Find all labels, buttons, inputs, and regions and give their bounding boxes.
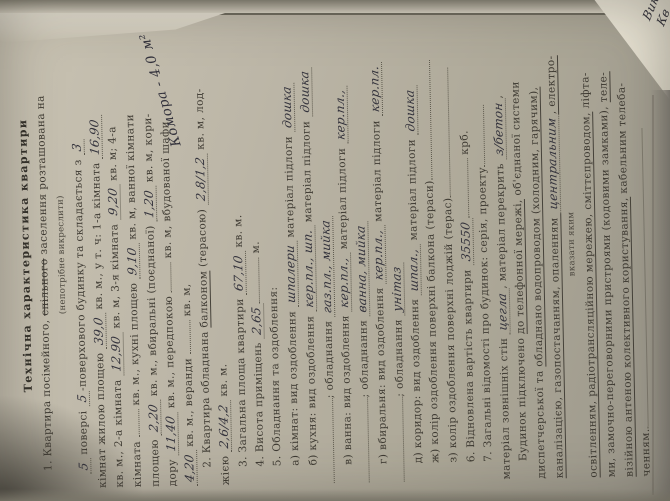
printed-text: д) коридор: вид оздоблення <box>409 295 425 464</box>
printed-text: площею <box>148 435 161 486</box>
handwritten-value: 67,10 <box>230 254 248 292</box>
dotted-blank <box>421 60 432 180</box>
handwritten-value: шпал., <box>405 247 424 292</box>
handwritten-value: кер.пл., <box>370 228 389 281</box>
printed-text-underlined: теле- <box>597 72 611 103</box>
dotted-blank <box>475 105 485 167</box>
handwritten-value: кер.пл., <box>332 89 351 142</box>
handwritten-value: 5 <box>74 394 92 404</box>
printed-text: кв. м., веранди <box>182 354 196 451</box>
printed-text: кімната <box>131 437 144 487</box>
handwritten-value: унітаз <box>388 265 407 312</box>
handwritten-value: кер.пл., <box>335 256 354 309</box>
dotted-blank <box>394 397 405 482</box>
printed-text: м. <box>250 241 262 257</box>
handwritten-value: шпалери <box>282 244 301 304</box>
printed-text: кв. м, ванної кімнати <box>124 114 139 244</box>
printed-text-underlined: балконом <box>198 271 212 328</box>
printed-text: 3. Загальна площа квартири <box>233 295 249 468</box>
handwritten-value: 16,90 <box>86 118 104 156</box>
handwritten-value: 12,90 <box>108 335 126 373</box>
handwritten-value: 9,10 <box>124 246 142 276</box>
handwritten-value: 2,65 <box>248 306 266 336</box>
dotted-blank <box>181 320 191 354</box>
printed-text: ліфта- <box>580 72 593 112</box>
printed-text: 2. Квартира обладнана <box>199 327 214 467</box>
printed-text: кв. м. <box>232 214 245 251</box>
handwritten-value: кер.пл., шп. <box>299 229 318 309</box>
printed-text: 7. Загальні відомості про будинок: серія… <box>476 167 494 462</box>
handwritten-value: 5 <box>75 461 93 471</box>
printed-text: Будинок підключено <box>515 334 530 461</box>
printed-text: матеріал підлоги <box>336 144 350 253</box>
printed-text: ; обладнання <box>322 317 336 399</box>
printed-text: крб. <box>459 130 472 159</box>
printed-text: кв. м., кухні площею <box>127 279 142 410</box>
printed-text: кімнат жилою площею <box>94 349 109 488</box>
printed-text-struck: спільного <box>38 258 51 316</box>
handwritten-value: 35550 <box>458 221 476 263</box>
handwritten-value: з/бетон <box>490 101 509 156</box>
handwritten-value: 2,6/4,2 <box>215 403 234 449</box>
printed-text: , <box>493 95 505 99</box>
handwritten-value: дошка <box>402 88 421 132</box>
printed-text: заселення розташована на <box>35 95 50 258</box>
form-content: Технічна характеристика квартири 1. Квар… <box>1 6 657 499</box>
printed-text: б) кухня: вид оздоблення <box>304 312 319 466</box>
handwritten-value: 3 <box>69 143 87 153</box>
printed-text: 6. Відновлена вартість квартири <box>462 266 478 463</box>
printed-text: матеріал підлоги <box>283 132 297 241</box>
printed-text: кв. м., вбиральні (поєднаної) <box>144 221 160 400</box>
handwritten-value: дошка <box>296 70 315 114</box>
printed-text: кв. м., 2-а кімната <box>112 376 126 488</box>
handwritten-value: 9,20 <box>105 187 123 217</box>
dotted-blank <box>439 68 451 198</box>
printed-text: об'єднаної системи <box>509 81 523 199</box>
handwritten-value: дошка <box>279 86 298 130</box>
printed-text-underlined: , електро- <box>545 55 559 114</box>
handwritten-value: 39,0 <box>90 316 108 346</box>
handwritten-value: газ.пл., мийка <box>317 219 337 314</box>
printed-text: кв. м, <box>180 283 193 320</box>
dotted-blank <box>162 262 172 292</box>
dotted-blank <box>324 398 335 483</box>
dotted-blank <box>459 158 469 218</box>
printed-text: кв. м. <box>217 363 230 400</box>
printed-text: з) колір оздоблення поверхні лоджій (тер… <box>442 197 460 462</box>
printed-text: кв. м, кори- <box>142 113 156 186</box>
document-photo: Вик Кв Комора - 4,0 м² Технічна характер… <box>0 0 670 501</box>
printed-text: дору <box>166 455 179 486</box>
printed-text: а) кімнат: вид оздоблення <box>286 307 301 466</box>
printed-text: кабельним телеба- <box>615 82 629 197</box>
printed-text: кв. м, 3-я кімната <box>109 220 123 333</box>
printed-text: 4. Висота приміщень <box>252 339 267 467</box>
printed-text: матеріал підлоги <box>300 117 314 226</box>
handwritten-value: 2,20 <box>145 403 163 433</box>
dotted-blank <box>359 397 370 482</box>
printed-text: кв. м., у т. ч: 1-а кімната <box>90 159 105 314</box>
dotted-blank <box>250 257 260 303</box>
dotted-blank <box>634 128 649 428</box>
handwritten-value: 1,20 <box>140 189 158 219</box>
printed-text: ; обладнання <box>357 316 371 398</box>
printed-text: ; обладнання <box>392 315 406 397</box>
dotted-blank <box>130 409 139 437</box>
printed-text: -поверхового будинку та складається з <box>72 155 89 391</box>
printed-text: матеріал підлоги <box>370 116 384 225</box>
printed-text: ченням. <box>640 428 653 476</box>
printed-text: в) ванна: вид оздоблення <box>339 311 354 465</box>
printed-text: кв. м; 4-а <box>107 126 120 185</box>
form-page: Комора - 4,0 м² Технічна характеристика … <box>1 6 669 500</box>
printed-text: 1. Квартира посімейного, <box>39 316 54 471</box>
printed-text: , матеріал перекрить <box>495 159 510 288</box>
handwritten-value: цегла <box>494 291 512 331</box>
printed-text-underlined: до телефонної мережі, <box>512 199 528 334</box>
printed-text: ж) колір оздоблення поверхні балкона (те… <box>424 180 442 463</box>
printed-text: матеріал підлоги <box>406 135 420 244</box>
printed-text: (терасою) <box>196 205 209 271</box>
printed-text: г) вбиральня: вид оздоблення <box>374 284 390 465</box>
printed-text: кв. м., передпокою <box>163 292 178 412</box>
printed-text: диспетчерської та <box>533 367 547 479</box>
printed-text: жією <box>219 452 232 486</box>
handwritten-value: 11,40 <box>163 415 181 453</box>
handwritten-value: ванна, мийка <box>352 224 371 313</box>
printed-text: кв. м, лод- <box>194 88 207 153</box>
handwritten-value: центральним <box>543 117 563 211</box>
handwritten-value: 4,20 <box>181 453 199 483</box>
printed-text: матеріал зовнішніх стін <box>498 334 513 480</box>
printed-text: поверсі <box>77 407 90 459</box>
handwritten-value: кер.пл. <box>366 65 385 114</box>
handwritten-value: 2,8/1,2 <box>192 156 211 202</box>
